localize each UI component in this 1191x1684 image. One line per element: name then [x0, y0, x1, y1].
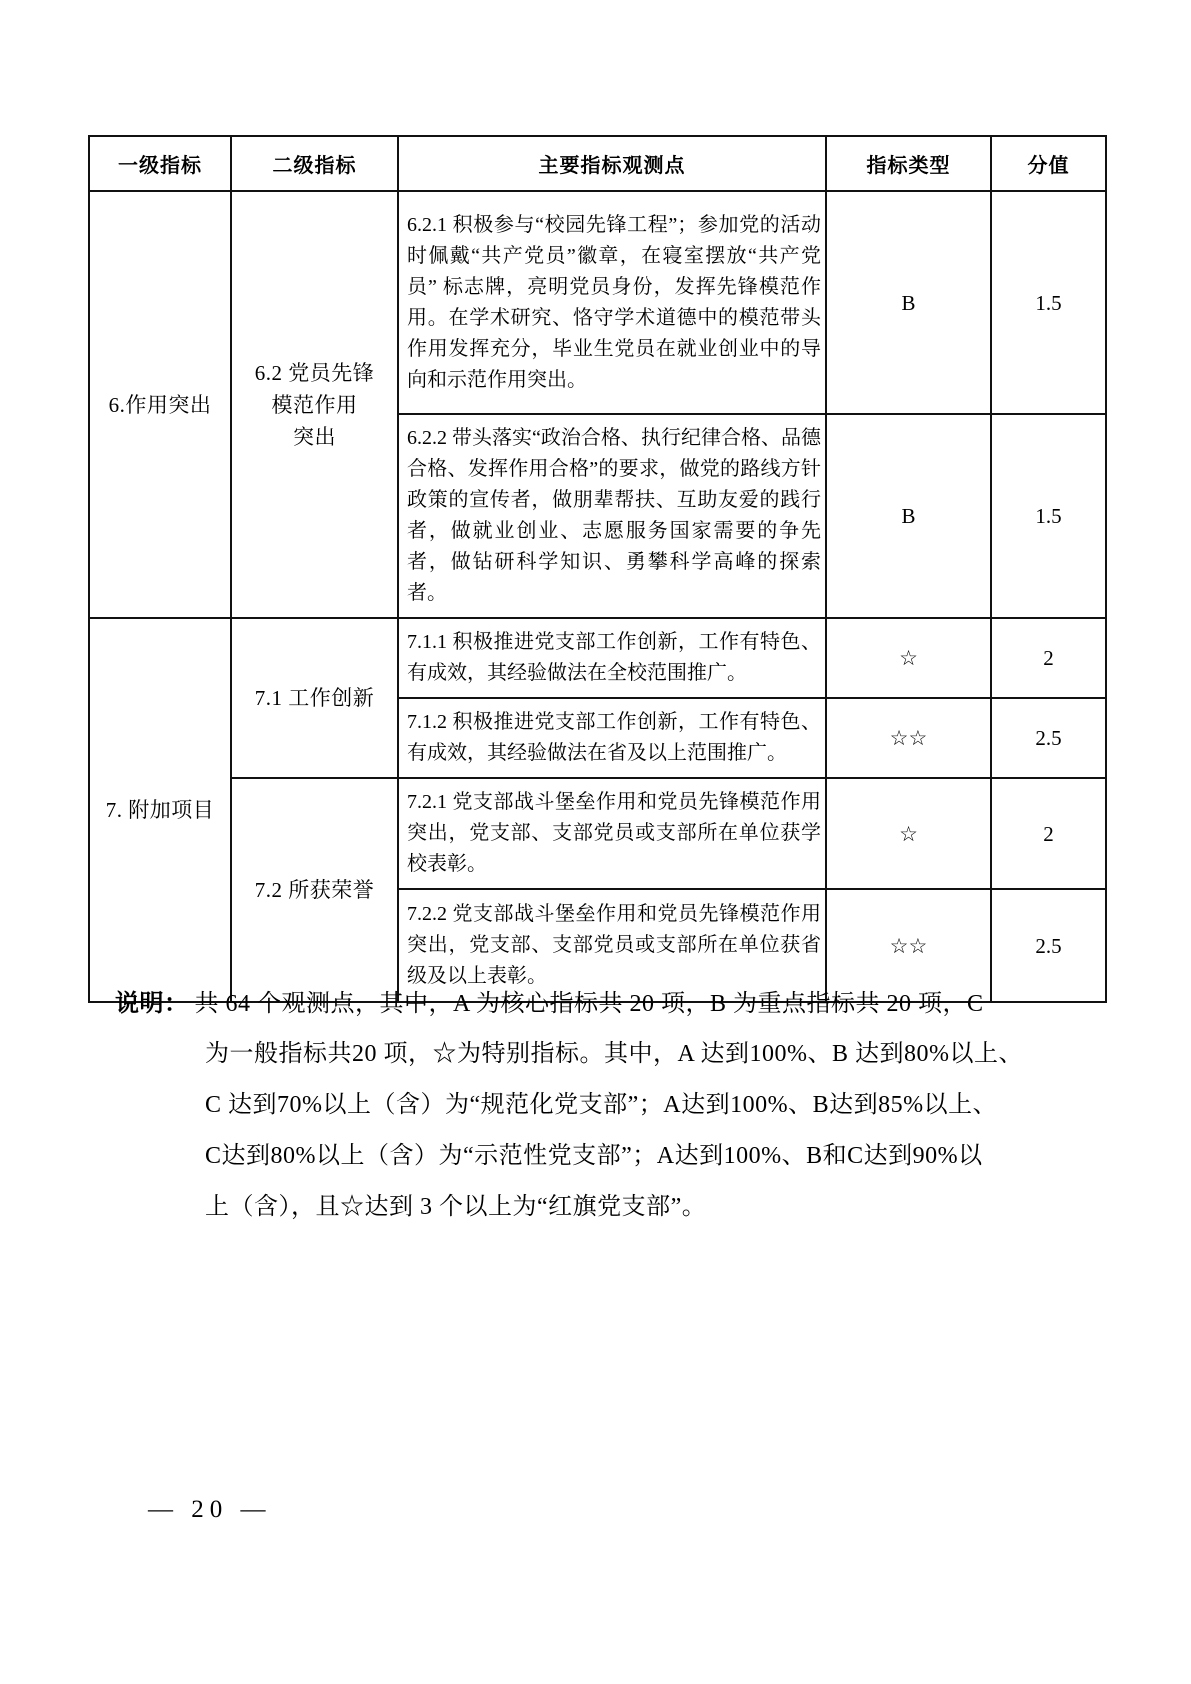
- note-line: 上（含），且☆达到 3 个以上为“红旗党支部”。: [205, 1182, 1125, 1233]
- note-section: 说明：共 64 个观测点，其中，A 为核心指标共 20 项，B 为重点指标共 2…: [115, 978, 1125, 1233]
- type-6-2-2: B: [826, 414, 991, 618]
- score-7-1-2: 2.5: [991, 698, 1106, 778]
- score-6-2-1: 1.5: [991, 191, 1106, 414]
- type-7-2-1: ☆: [826, 778, 991, 889]
- note-line: C 达到70%以上（含）为“规范化党支部”；A达到100%、B达到85%以上、: [205, 1080, 1125, 1131]
- header-type: 指标类型: [826, 136, 991, 191]
- score-6-2-2: 1.5: [991, 414, 1106, 618]
- page-number: — 20 —: [148, 1496, 272, 1524]
- observation-6-2-1: 6.2.1 积极参与“校园先锋工程”；参加党的活动时佩戴“共产党员”徽章，在寝室…: [398, 191, 826, 414]
- type-7-1-1: ☆: [826, 618, 991, 698]
- level2-cell-6-2: 6.2 党员先锋 模范作用 突出: [231, 191, 398, 618]
- table-row: 7.2 所获荣誉 7.2.1 党支部战斗堡垒作用和党员先锋模范作用突出，党支部、…: [89, 778, 1106, 889]
- document-page: 一级指标 二级指标 主要指标观测点 指标类型 分值 6.作用突出 6.2 党员先…: [0, 0, 1191, 1684]
- indicator-table: 一级指标 二级指标 主要指标观测点 指标类型 分值 6.作用突出 6.2 党员先…: [88, 135, 1107, 1003]
- note-line: 说明：共 64 个观测点，其中，A 为核心指标共 20 项，B 为重点指标共 2…: [115, 978, 1125, 1029]
- header-level1: 一级指标: [89, 136, 231, 191]
- header-level2: 二级指标: [231, 136, 398, 191]
- level2-cell-7-2: 7.2 所获荣誉: [231, 778, 398, 1002]
- type-6-2-1: B: [826, 191, 991, 414]
- observation-6-2-2: 6.2.2 带头落实“政治合格、执行纪律合格、品德合格、发挥作用合格”的要求，做…: [398, 414, 826, 618]
- type-7-1-2: ☆☆: [826, 698, 991, 778]
- header-score: 分值: [991, 136, 1106, 191]
- table-row: 7. 附加项目 7.1 工作创新 7.1.1 积极推进党支部工作创新，工作有特色…: [89, 618, 1106, 698]
- table-header-row: 一级指标 二级指标 主要指标观测点 指标类型 分值: [89, 136, 1106, 191]
- note-text: 共 64 个观测点，其中，A 为核心指标共 20 项，B 为重点指标共 20 项…: [195, 991, 984, 1017]
- note-line: 为一般指标共20 项，☆为特别指标。其中，A 达到100%、B 达到80%以上、: [205, 1029, 1125, 1080]
- header-observation: 主要指标观测点: [398, 136, 826, 191]
- note-label: 说明：: [115, 990, 189, 1017]
- level1-cell-7: 7. 附加项目: [89, 618, 231, 1002]
- observation-7-1-2: 7.1.2 积极推进党支部工作创新，工作有特色、有成效，其经验做法在省及以上范围…: [398, 698, 826, 778]
- level2-cell-7-1: 7.1 工作创新: [231, 618, 398, 778]
- level1-cell-6: 6.作用突出: [89, 191, 231, 618]
- score-7-2-1: 2: [991, 778, 1106, 889]
- observation-7-1-1: 7.1.1 积极推进党支部工作创新，工作有特色、有成效，其经验做法在全校范围推广…: [398, 618, 826, 698]
- observation-7-2-1: 7.2.1 党支部战斗堡垒作用和党员先锋模范作用突出，党支部、支部党员或支部所在…: [398, 778, 826, 889]
- score-7-1-1: 2: [991, 618, 1106, 698]
- note-line: C达到80%以上（含）为“示范性党支部”；A达到100%、B和C达到90%以: [205, 1131, 1125, 1182]
- table-row: 6.作用突出 6.2 党员先锋 模范作用 突出 6.2.1 积极参与“校园先锋工…: [89, 191, 1106, 414]
